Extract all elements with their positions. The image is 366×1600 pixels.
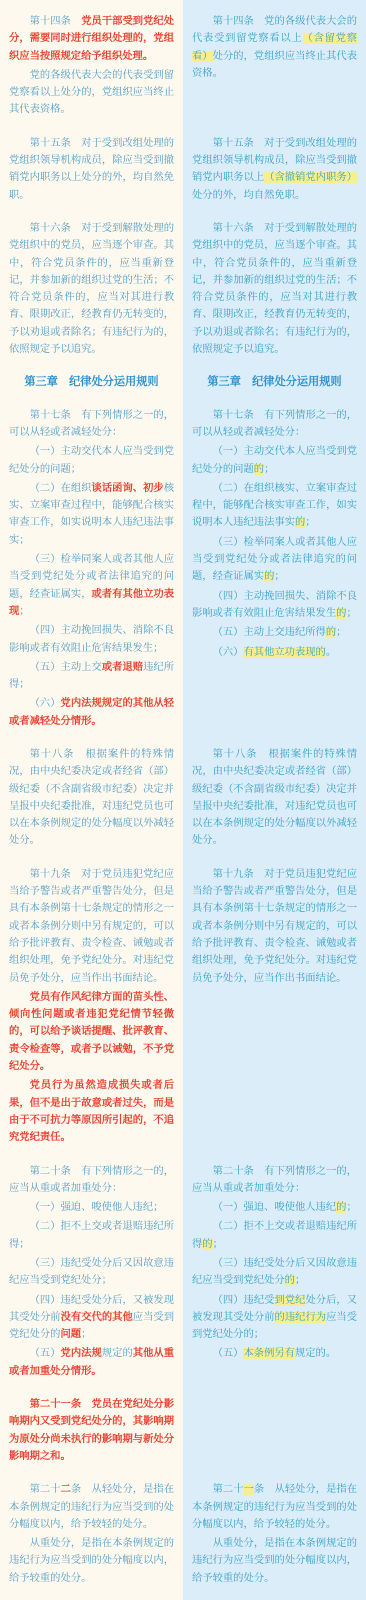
text: ； [295,1275,305,1286]
paragraph: 第十八条 根据案件的特殊情况，由中央纪委决定或者经省（部）级纪委（不含副省级市纪… [192,746,357,850]
paragraph: 第十七条 有下列情形之一的，可以从轻或者减轻处分： [192,407,357,442]
text: （三）违纪受处分后又因故意违纪应当受到党纪处分 [192,1258,357,1286]
chapter-heading: 第三章 纪律处分运用规则 [192,374,357,391]
text: （四）主动挽回损失、消除不良影响或者有效阻止危害结果发生； [9,625,174,653]
paragraph: 第二十一条 从轻处分，是指在本条例规定的违纪行为应当受到的处分幅度以内，给予较轻… [192,1481,357,1533]
paragraph: （四）违纪受处分后，又被发现其受处分前没有交代的其他应当受到党纪处分的问题； [9,1292,174,1344]
text: （五） [30,1348,61,1359]
paragraph: 第十八条 根据案件的特殊情况，由中央纪委决定或者经省（部）级纪委（不含副省级市纪… [9,746,174,850]
removed-text: 二 [61,1484,71,1495]
text: 。 [326,647,336,658]
text: （二）在组织核实、立案审查过程中，能够配合核实审查工作，如实说明本人违纪违法事实 [192,483,357,529]
added-text: 的 [326,627,336,638]
text: 规定的。 [295,1348,336,1359]
paragraph: （一）强迫、唆使他人违纪的； [192,1199,357,1216]
paragraph: （四）主动挽回损失、消除不良影响或者有效阻止危害结果发生； [9,622,174,657]
new-version-article-14: 第十四条 党的各级代表大会的代表受到留党察看以上（含留党察看）处分的，党组织应当… [183,13,366,119]
paragraph: 第二十二条 从轻处分，是指在本条例规定的违纪行为应当受到的处分幅度以内，给予较轻… [9,1481,174,1533]
new-version-article-15: 第十五条 对于受到改组处理的党组织领导机构成员，除应当受到撤销党内职务以上（含撤… [183,135,366,204]
paragraph: （三）违纪受处分后又因故意违纪应当受到党纪处分； [9,1255,174,1290]
text: 第十九条 对于党员违犯党纪应当给予警告或者严重警告处分，但是具有本条例第十七条规… [9,869,174,984]
text: （五）主动上交违纪所得 [213,627,326,638]
removed-text: 谈话函询、初步 [92,483,164,494]
text: ； [81,1329,91,1340]
new-version-article-21-removed [183,1396,366,1465]
added-text: 的 [295,517,305,528]
added-text: 的 [336,608,346,619]
removed-text: 党内法规 [61,1348,102,1359]
text: 处分的外，均自然免职。 [192,190,305,201]
text: 从重处分，是指在本条例规定的违纪行为应当受到的处分幅度以内，给予较重的处分。 [192,1538,357,1584]
added-text: 本条例另有 [243,1348,294,1359]
paragraph: （五）本条例另有规定的。 [192,1345,357,1362]
paragraph: （二）拒不上交或者退赔违纪所得； [9,1218,174,1253]
removed-text: 党员行为虽然造成损失或者后果，但不是出于故意或者过失，而是由于不可抗力等原因所引… [9,1080,174,1143]
paragraph: 第十九条 对于党员违犯党纪应当给予警告或者严重警告处分，但是具有本条例第十七条规… [9,866,174,987]
text: 第十八条 根据案件的特殊情况，由中央纪委决定或者经省（部）级纪委（不含副省级市纪… [192,749,357,846]
text: ； [19,606,29,617]
paragraph: （五）主动上交违纪所得的； [192,624,357,641]
article-18-row: 第十八条 根据案件的特殊情况，由中央纪委决定或者经省（部）级纪委（不含副省级市纪… [0,746,366,850]
text: （二）在组织 [30,483,92,494]
paragraph: 第十七条 有下列情形之一的，可以从轻或者减轻处分： [9,407,174,442]
new-version-article-22: 第二十一条 从轻处分，是指在本条例规定的违纪行为应当受到的处分幅度以内，给予较轻… [183,1481,366,1587]
paragraph: （三）检举同案人或者其他人应当受到党纪处分或者法律追究的问题，经查证属实，或者有… [9,551,174,620]
old-version-article-16: 第十六条 对于受到解散处理的党组织中的党员，应当逐个审查。其中，符合党员条件的，… [0,220,183,358]
removed-text: 或者退赔 [102,662,143,673]
text: 第二十 [30,1484,61,1495]
paragraph: 第二十条 有下列情形之一的，应当从重或者加重处分： [192,1163,357,1198]
paragraph: 第二十条 有下列情形之一的，应当从重或者加重处分： [9,1163,174,1198]
paragraph: （一）主动交代本人应当受到党纪处分的问题的； [192,443,357,478]
text: ； [274,571,284,582]
text: （六） [30,698,61,709]
paragraph: （五）主动上交或者退赔违纪所得； [9,659,174,694]
text: ； [213,1239,223,1250]
paragraph: 第十四条 党的各级代表大会的代表受到留党察看以上（含留党察看）处分的，党组织应当… [192,13,357,82]
article-20-row: 第二十条 有下列情形之一的，应当从重或者加重处分：（一）强迫、唆使他人违纪；（二… [0,1163,366,1381]
article-17-row: 第十七条 有下列情形之一的，可以从轻或者减轻处分：（一）主动交代本人应当受到党纪… [0,407,366,730]
removed-text: 党员有作风纪律方面的苗头性、倾向性问题或者违犯党纪情节轻微的，可以给予谈话提醒、… [9,992,174,1072]
text: （六） [213,647,244,658]
added-text: 的 [254,464,264,475]
added-text: 的 [202,1239,212,1250]
paragraph: （二）在组织谈话函询、初步核实、立案审查过程中，能够配合核实审查工作，如实说明本… [9,480,174,549]
article-19-row: 第十九条 对于党员违犯党纪应当给予警告或者严重警告处分，但是具有本条例第十七条规… [0,866,366,1147]
old-version-article-15: 第十五条 对于受到改组处理的党组织领导机构成员，除应当受到撤销党内职务以上处分的… [0,135,183,204]
article-21-removed-row: 第二十一条 党员在党纪处分影响期内又受到党纪处分的，其影响期为原处分尚未执行的影… [0,1396,366,1465]
added-text: 的违纪行为 [275,1312,327,1323]
paragraph: （四）主动挽回损失、消除不良影响或者有效阻止危害结果发生的； [192,588,357,623]
old-version-article-20: 第二十条 有下列情形之一的，应当从重或者加重处分：（一）强迫、唆使他人违纪；（二… [0,1163,183,1381]
text: （一）主动交代本人应当受到党纪处分的问题； [9,446,174,474]
chapter-heading: 第三章 纪律处分运用规则 [9,374,174,391]
paragraph: （二）拒不上交或者退赔违纪所得的； [192,1218,357,1253]
paragraph: 第十六条 对于受到解散处理的党组织中的党员，应当逐个审查。其中，符合党员条件的，… [9,220,174,358]
new-version-article-18: 第十八条 根据案件的特殊情况，由中央纪委决定或者经省（部）级纪委（不含副省级市纪… [183,746,366,850]
old-version-chapter-3-heading: 第三章 纪律处分运用规则 [0,374,183,391]
text: 第二十条 有下列情形之一的，应当从重或者加重处分： [192,1166,357,1194]
text: （五） [213,1348,244,1359]
added-text: 有其他立功表现的 [243,647,325,658]
text: 第十六条 对于受到解散处理的党组织中的党员，应当逐个审查。其中，符合党员条件的，… [192,223,357,355]
text: （三）违纪受处分后又因故意违纪应当受到党纪处分； [9,1258,174,1286]
paragraph: 第二十一条 党员在党纪处分影响期内又受到党纪处分的，其影响期为原处分尚未执行的影… [9,1396,174,1465]
removed-text: 第二十一条 党员在党纪处分影响期内又受到党纪处分的，其影响期为原处分尚未执行的影… [9,1399,174,1462]
paragraph: 党的各级代表大会的代表受到留党察看以上处分的，党组织应当终止其代表资格。 [9,67,174,119]
paragraph: 党员行为虽然造成损失或者后果，但不是出于故意或者过失，而是由于不可抗力等原因所引… [9,1077,174,1146]
old-version-article-18: 第十八条 根据案件的特殊情况，由中央纪委决定或者经省（部）级纪委（不含副省级市纪… [0,746,183,850]
text: 第二十 [213,1484,244,1495]
text: 第十八条 根据案件的特殊情况，由中央纪委决定或者经省（部）级纪委（不含副省级市纪… [9,749,174,846]
paragraph: 第十五条 对于受到改组处理的党组织领导机构成员，除应当受到撤销党内职务以上处分的… [9,135,174,204]
text: 第十五条 对于受到改组处理的党组织领导机构成员，除应当受到撤销党内职务以上处分的… [9,138,174,201]
paragraph: （六）有其他立功表现的。 [192,644,357,661]
added-text: （含撤销党内职务） [264,172,357,183]
text: 第十六条 对于受到解散处理的党组织中的党员，应当逐个审查。其中，符合党员条件的，… [9,223,174,355]
added-text: 一 [244,1484,254,1495]
text: 第二十条 有下列情形之一的，应当从重或者加重处分： [9,1166,174,1194]
text: ； [346,1202,356,1213]
regulation-diff-page: 第十四条 党员干部受到党纪处分，需要同时进行组织处理的，党组织应当按照规定给予组… [0,0,366,1600]
paragraph: 从重处分，是指在本条例规定的违纪行为应当受到的处分幅度以内，给予较重的处分。 [9,1535,174,1587]
added-text: 到党纪 [275,1295,306,1306]
article-15-row: 第十五条 对于受到改组处理的党组织领导机构成员，除应当受到撤销党内职务以上处分的… [0,135,366,204]
removed-text: 没有交代的其他 [61,1312,133,1323]
added-text: 的 [336,1202,346,1213]
text: 第十九条 对于党员违犯党纪应当给予警告或者严重警告处分，但是具有本条例第十七条规… [192,869,357,984]
added-text: 的 [264,571,274,582]
text: ； [346,608,356,619]
paragraph: 从重处分，是指在本条例规定的违纪行为应当受到的处分幅度以内，给予较重的处分。 [192,1535,357,1587]
text: （一）强迫、唆使他人违纪 [213,1202,337,1213]
text: （四）违纪受 [213,1295,275,1306]
text: 党的各级代表大会的代表受到留党察看以上处分的，党组织应当终止其代表资格。 [9,70,174,116]
text: 从重处分，是指在本条例规定的违纪行为应当受到的处分幅度以内，给予较重的处分。 [9,1538,174,1584]
article-22-row: 第二十二条 从轻处分，是指在本条例规定的违纪行为应当受到的处分幅度以内，给予较轻… [0,1481,366,1587]
article-14-row: 第十四条 党员干部受到党纪处分，需要同时进行组织处理的，党组织应当按照规定给予组… [0,13,366,119]
text: ； [336,627,346,638]
old-version-article-22: 第二十二条 从轻处分，是指在本条例规定的违纪行为应当受到的处分幅度以内，给予较轻… [0,1481,183,1587]
paragraph: （四）违纪受到党纪处分后，又被发现其受处分前的违纪行为应当受到党纪处分的； [192,1292,357,1344]
text: （一）主动交代本人应当受到党纪处分的问题 [192,446,357,474]
text: 处分的，党组织应当终止其代表资格。 [192,51,357,79]
text: 第十七条 有下列情形之一的，可以从轻或者减轻处分： [9,410,174,438]
text: （五）主动上交 [30,662,102,673]
paragraph: （五）党内法规规定的其他从重或者加重处分情形。 [9,1345,174,1380]
paragraph: （一）强迫、唆使他人违纪； [9,1199,174,1216]
paragraph: 党员有作风纪律方面的苗头性、倾向性问题或者违犯党纪情节轻微的，可以给予谈话提醒、… [9,989,174,1075]
text: （二）拒不上交或者退赔违纪所得； [9,1221,174,1249]
text: ； [264,464,274,475]
text: 第十七条 有下列情形之一的，可以从轻或者减轻处分： [192,410,357,438]
old-version-article-17: 第十七条 有下列情形之一的，可以从轻或者减轻处分：（一）主动交代本人应当受到党纪… [0,407,183,730]
paragraph: 第十九条 对于党员违犯党纪应当给予警告或者严重警告处分，但是具有本条例第十七条规… [192,866,357,987]
text: （一）强迫、唆使他人违纪； [30,1202,164,1213]
chapter-3-heading-row: 第三章 纪律处分运用规则第三章 纪律处分运用规则 [0,374,366,391]
text: ； [305,517,315,528]
paragraph: 第十五条 对于受到改组处理的党组织领导机构成员，除应当受到撤销党内职务以上（含撤… [192,135,357,204]
new-version-article-17: 第十七条 有下列情形之一的，可以从轻或者减轻处分：（一）主动交代本人应当受到党纪… [183,407,366,730]
removed-text: 问题 [60,1329,81,1340]
paragraph: （一）主动交代本人应当受到党纪处分的问题； [9,443,174,478]
paragraph: （三）违纪受处分后又因故意违纪应当受到党纪处分的； [192,1255,357,1290]
added-text: 的 [285,1275,295,1286]
paragraph: （六）党内法规规定的其他从轻或者减轻处分情形。 [9,695,174,730]
paragraph: （二）在组织核实、立案审查过程中，能够配合核实审查工作，如实说明本人违纪违法事实… [192,480,357,532]
old-version-article-19: 第十九条 对于党员违犯党纪应当给予警告或者严重警告处分，但是具有本条例第十七条规… [0,866,183,1147]
text: （四）主动挽回损失、消除不良影响或者有效阻止危害结果发生 [192,591,357,619]
old-version-article-14: 第十四条 党员干部受到党纪处分，需要同时进行组织处理的，党组织应当按照规定给予组… [0,13,183,119]
paragraph: （三）检举同案人或者其他人应当受到党纪处分或者法律追究的问题，经查证属实的； [192,534,357,586]
new-version-chapter-3-heading: 第三章 纪律处分运用规则 [183,374,366,391]
old-version-article-21-removed: 第二十一条 党员在党纪处分影响期内又受到党纪处分的，其影响期为原处分尚未执行的影… [0,1396,183,1465]
article-16-row: 第十六条 对于受到解散处理的党组织中的党员，应当逐个审查。其中，符合党员条件的，… [0,220,366,358]
paragraph: 第十六条 对于受到解散处理的党组织中的党员，应当逐个审查。其中，符合党员条件的，… [192,220,357,358]
new-version-article-16: 第十六条 对于受到解散处理的党组织中的党员，应当逐个审查。其中，符合党员条件的，… [183,220,366,358]
paragraph: 第十四条 党员干部受到党纪处分，需要同时进行组织处理的，党组织应当按照规定给予组… [9,13,174,65]
new-version-article-20: 第二十条 有下列情形之一的，应当从重或者加重处分：（一）强迫、唆使他人违纪的；（… [183,1163,366,1381]
text: 第十四条 [30,16,82,27]
new-version-article-19: 第十九条 对于党员违犯党纪应当给予警告或者严重警告处分，但是具有本条例第十七条规… [183,866,366,1147]
text: 规定的 [102,1348,133,1359]
